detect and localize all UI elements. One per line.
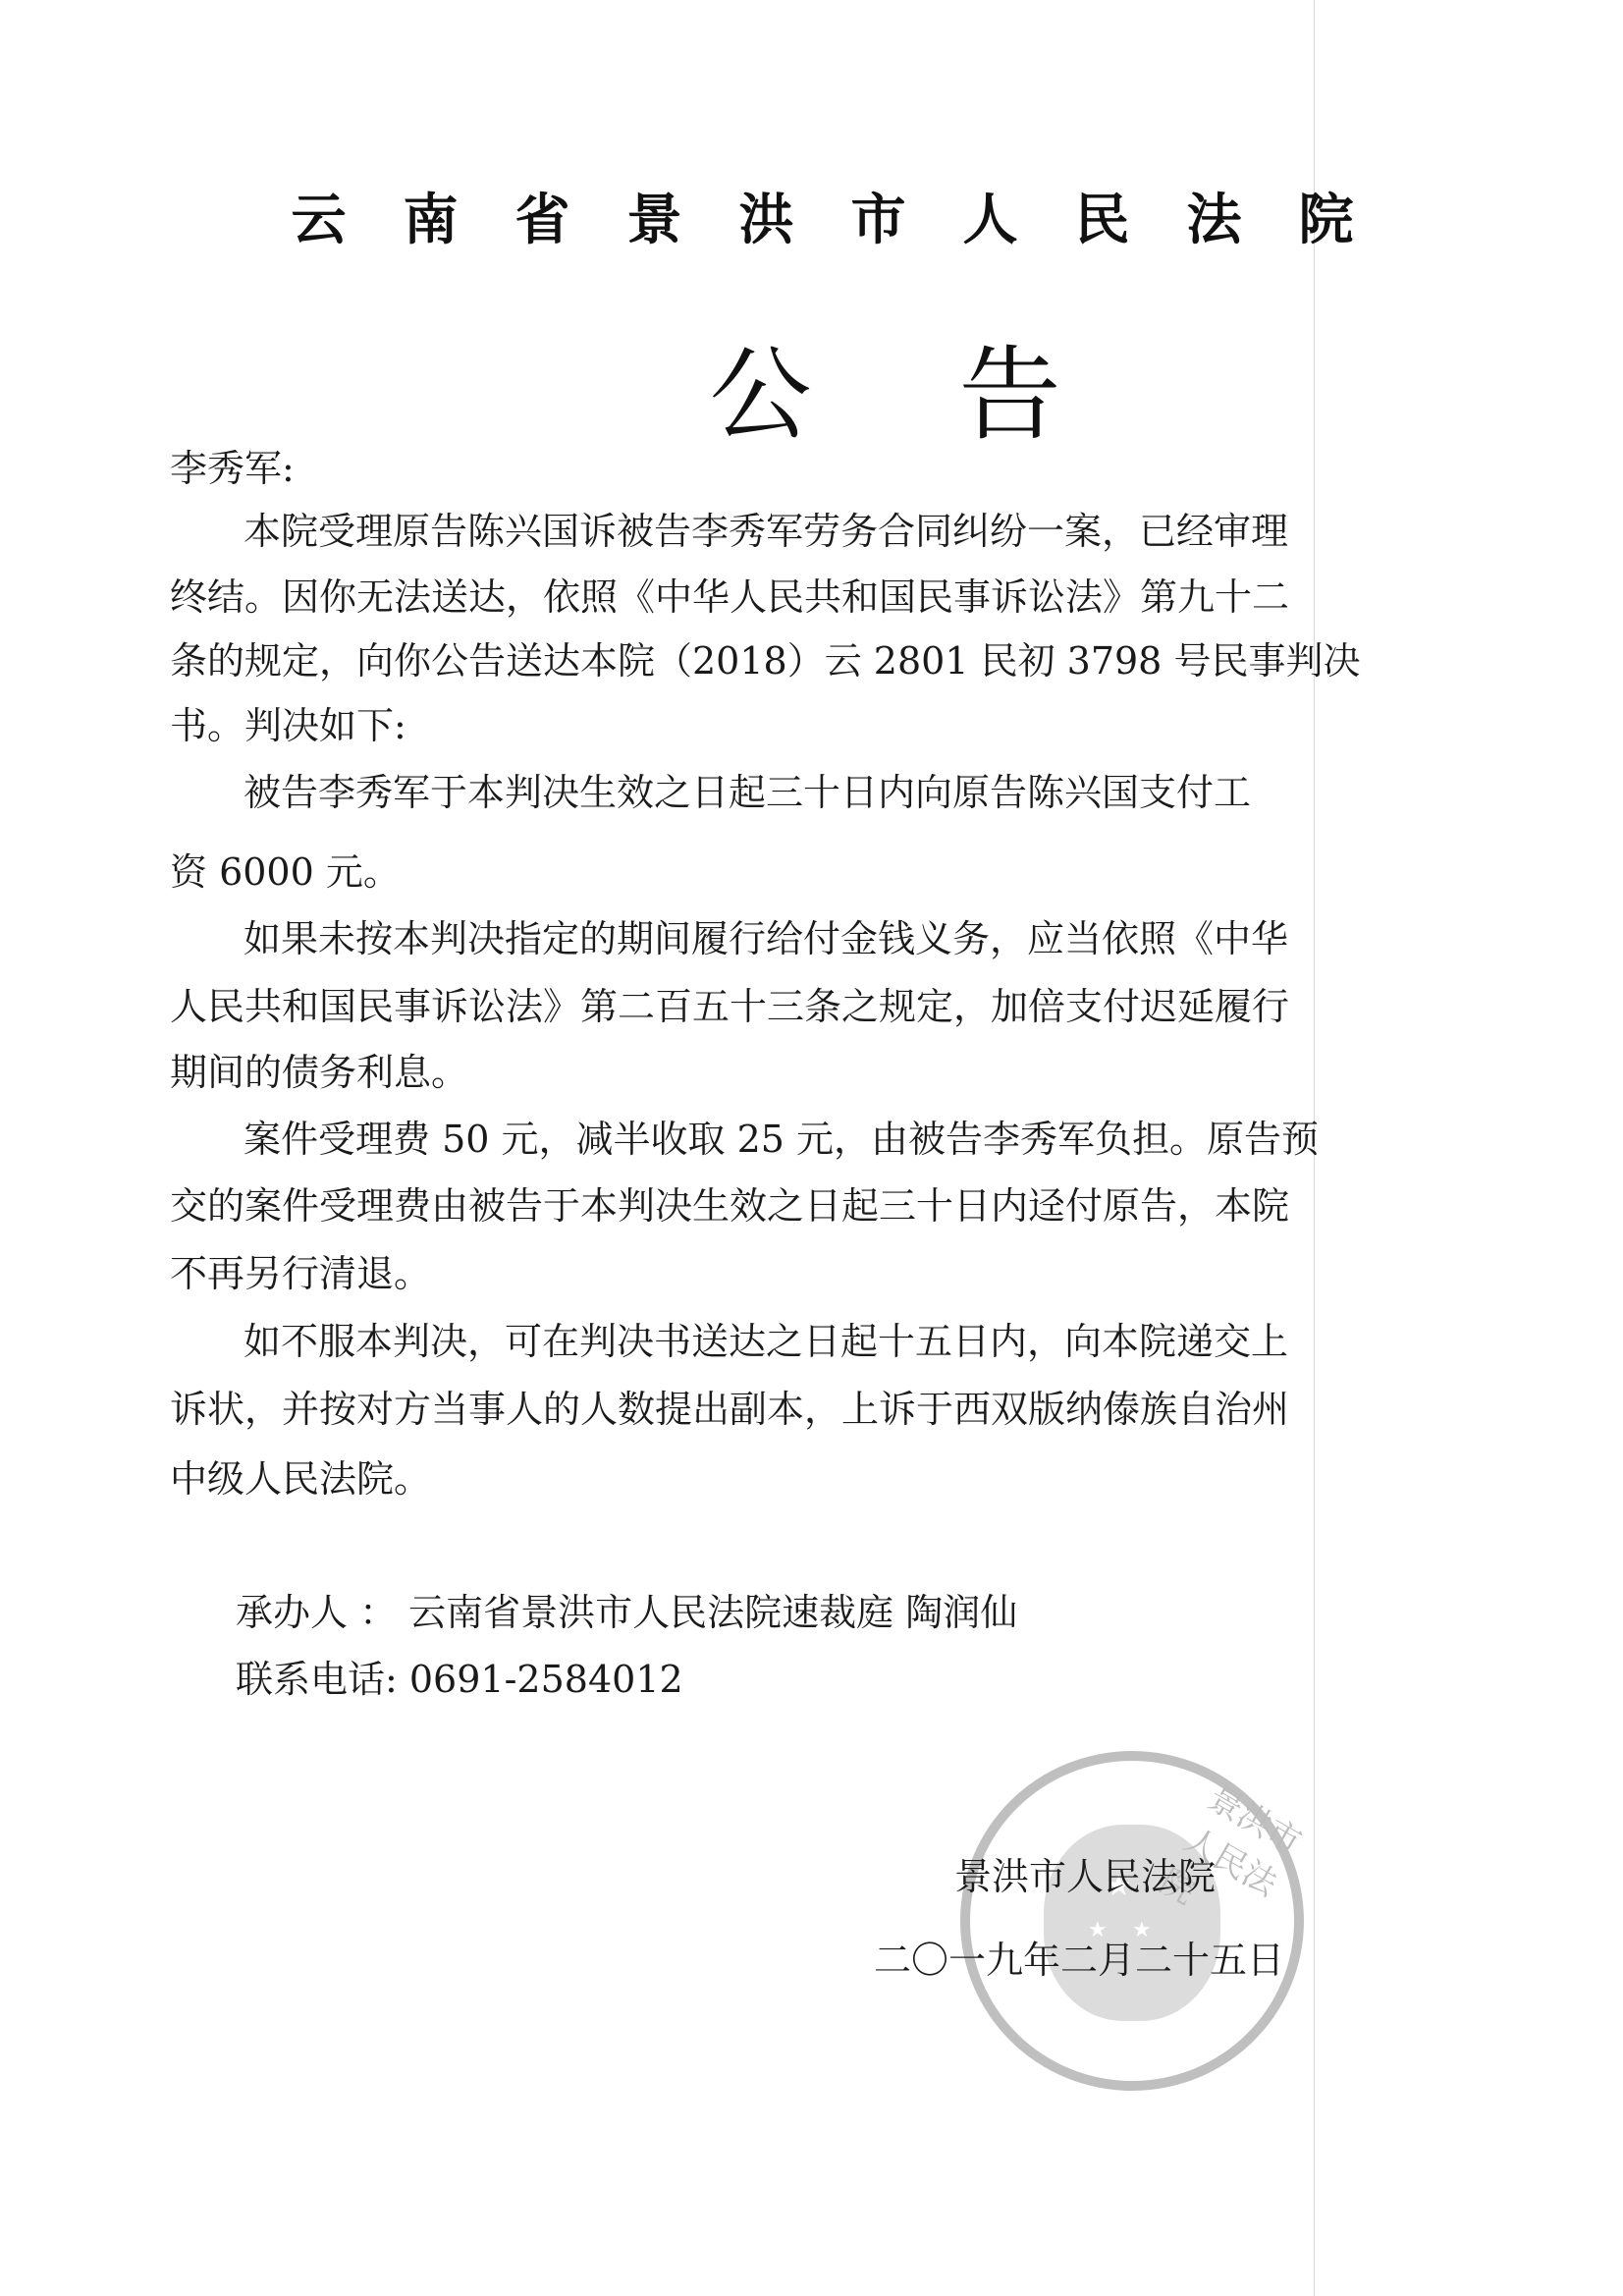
body-line: 如不服本判决，可在判决书送达之日起十五日内，向本院递交上 <box>243 1317 1288 1366</box>
body-line: 期间的债务利息。 <box>170 1048 468 1097</box>
body-line: 被告李秀军于本判决生效之日起三十日内向原告陈兴国支付工 <box>243 768 1251 817</box>
body-line: 人民共和国民事诉讼法》第二百五十三条之规定，加倍支付迟延履行 <box>170 982 1289 1031</box>
body-line: 资 6000 元。 <box>170 847 401 897</box>
handler-info: 承办人 ： 云南省景洪市人民法院速裁庭 陶润仙 <box>236 1588 1017 1637</box>
body-line: 交的案件受理费由被告于本判决生效之日起三十日内迳付原告，本院 <box>170 1181 1289 1230</box>
body-line: 书。判决如下: <box>170 701 406 750</box>
signature-court: 景洪市人民法院 <box>954 1846 1216 1900</box>
signature-date: 二〇一九年二月二十五日 <box>874 1930 1284 1984</box>
court-seal-stamp: ★ ★ ★ 景洪市人民法院 <box>960 1751 1304 2091</box>
document-type-title: 公告 <box>0 312 1623 460</box>
body-line: 终结。因你无法送达，依照《中华人民共和国民事诉讼法》第九十二 <box>170 573 1289 622</box>
body-line: 条的规定，向你公告送达本院（2018）云 2801 民初 3798 号民事判决 <box>170 636 1360 685</box>
body-line: 不再另行清退。 <box>170 1249 431 1298</box>
body-line: 本院受理原告陈兴国诉被告李秀军劳务合同纠纷一案，已经审理 <box>243 507 1288 556</box>
court-title: 云南省景洪市人民法院 <box>0 177 1623 255</box>
phone-info: 联系电话: 0691-2584012 <box>236 1655 683 1704</box>
addressee: 李秀军: <box>170 444 295 493</box>
body-line: 中级人民法院。 <box>170 1454 431 1503</box>
body-line: 诉状，并按对方当事人的人数提出副本，上诉于西双版纳傣族自治州 <box>170 1385 1289 1434</box>
body-line: 如果未按本判决指定的期间履行给付金钱义务，应当依照《中华 <box>243 914 1288 963</box>
body-line: 案件受理费 50 元，减半收取 25 元，由被告李秀军负担。原告预 <box>243 1115 1319 1164</box>
